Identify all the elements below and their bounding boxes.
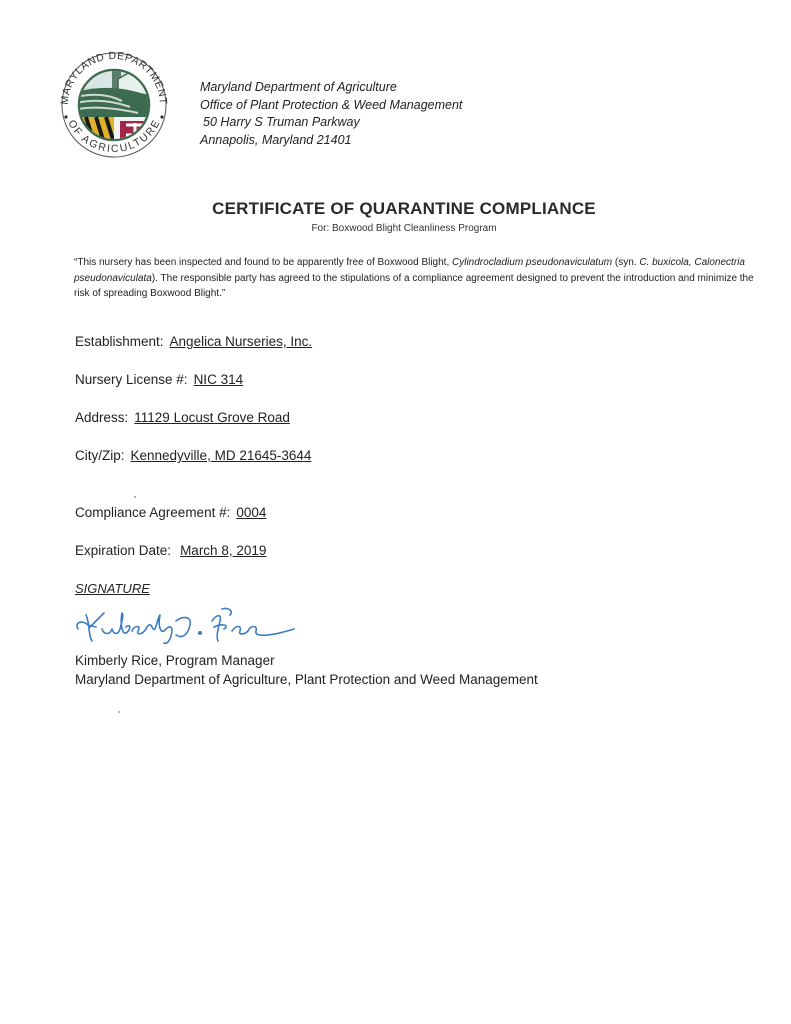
signer-organization: Maryland Department of Agriculture, Plan… xyxy=(75,670,538,689)
street-address: 50 Harry S Truman Parkway xyxy=(200,114,462,132)
field-value: Kennedyville, MD 21645-3644 xyxy=(131,448,312,463)
field-compliance-agreement: Compliance Agreement #:0004 xyxy=(75,505,266,520)
field-label: Compliance Agreement #: xyxy=(75,505,230,520)
field-label: Establishment: xyxy=(75,334,164,349)
field-value: NIC 314 xyxy=(194,372,244,387)
signer-name: Kimberly Rice, Program Manager xyxy=(75,651,538,670)
signature-label: SIGNATURE xyxy=(75,581,150,596)
field-value: Angelica Nurseries, Inc. xyxy=(170,334,313,349)
handwritten-signature xyxy=(72,601,312,649)
field-city-zip: City/Zip:Kennedyville, MD 21645-3644 xyxy=(75,448,311,463)
field-value: 11129 Locust Grove Road xyxy=(134,410,290,425)
department-name: Maryland Department of Agriculture xyxy=(200,79,462,97)
field-label: Expiration Date: xyxy=(75,543,171,558)
city-state-zip: Annapolis, Maryland 21401 xyxy=(200,132,462,150)
field-address: Address:11129 Locust Grove Road xyxy=(75,410,290,425)
field-label: City/Zip: xyxy=(75,448,125,463)
field-expiration-date: Expiration Date:March 8, 2019 xyxy=(75,543,266,558)
field-establishment: Establishment:Angelica Nurseries, Inc. xyxy=(75,334,312,349)
certificate-title: CERTIFICATE OF QUARANTINE COMPLIANCE xyxy=(0,199,791,219)
compliance-statement: “This nursery has been inspected and fou… xyxy=(74,255,754,302)
species-name: Cylindrocladium pseudonaviculatum xyxy=(452,257,612,268)
scan-speck xyxy=(134,496,136,498)
field-label: Nursery License #: xyxy=(75,372,188,387)
letterhead-address: Maryland Department of Agriculture Offic… xyxy=(200,79,462,149)
mda-seal-logo: MARYLAND DEPARTMENT OF AGRICULTURE xyxy=(52,45,177,160)
field-value: 0004 xyxy=(236,505,266,520)
scan-speck xyxy=(118,711,120,713)
field-value: March 8, 2019 xyxy=(180,543,266,558)
office-name: Office of Plant Protection & Weed Manage… xyxy=(200,97,462,115)
field-nursery-license: Nursery License #:NIC 314 xyxy=(75,372,243,387)
certificate-subtitle: For: Boxwood Blight Cleanliness Program xyxy=(0,223,791,234)
field-label: Address: xyxy=(75,410,128,425)
signer-block: Kimberly Rice, Program Manager Maryland … xyxy=(75,651,538,689)
